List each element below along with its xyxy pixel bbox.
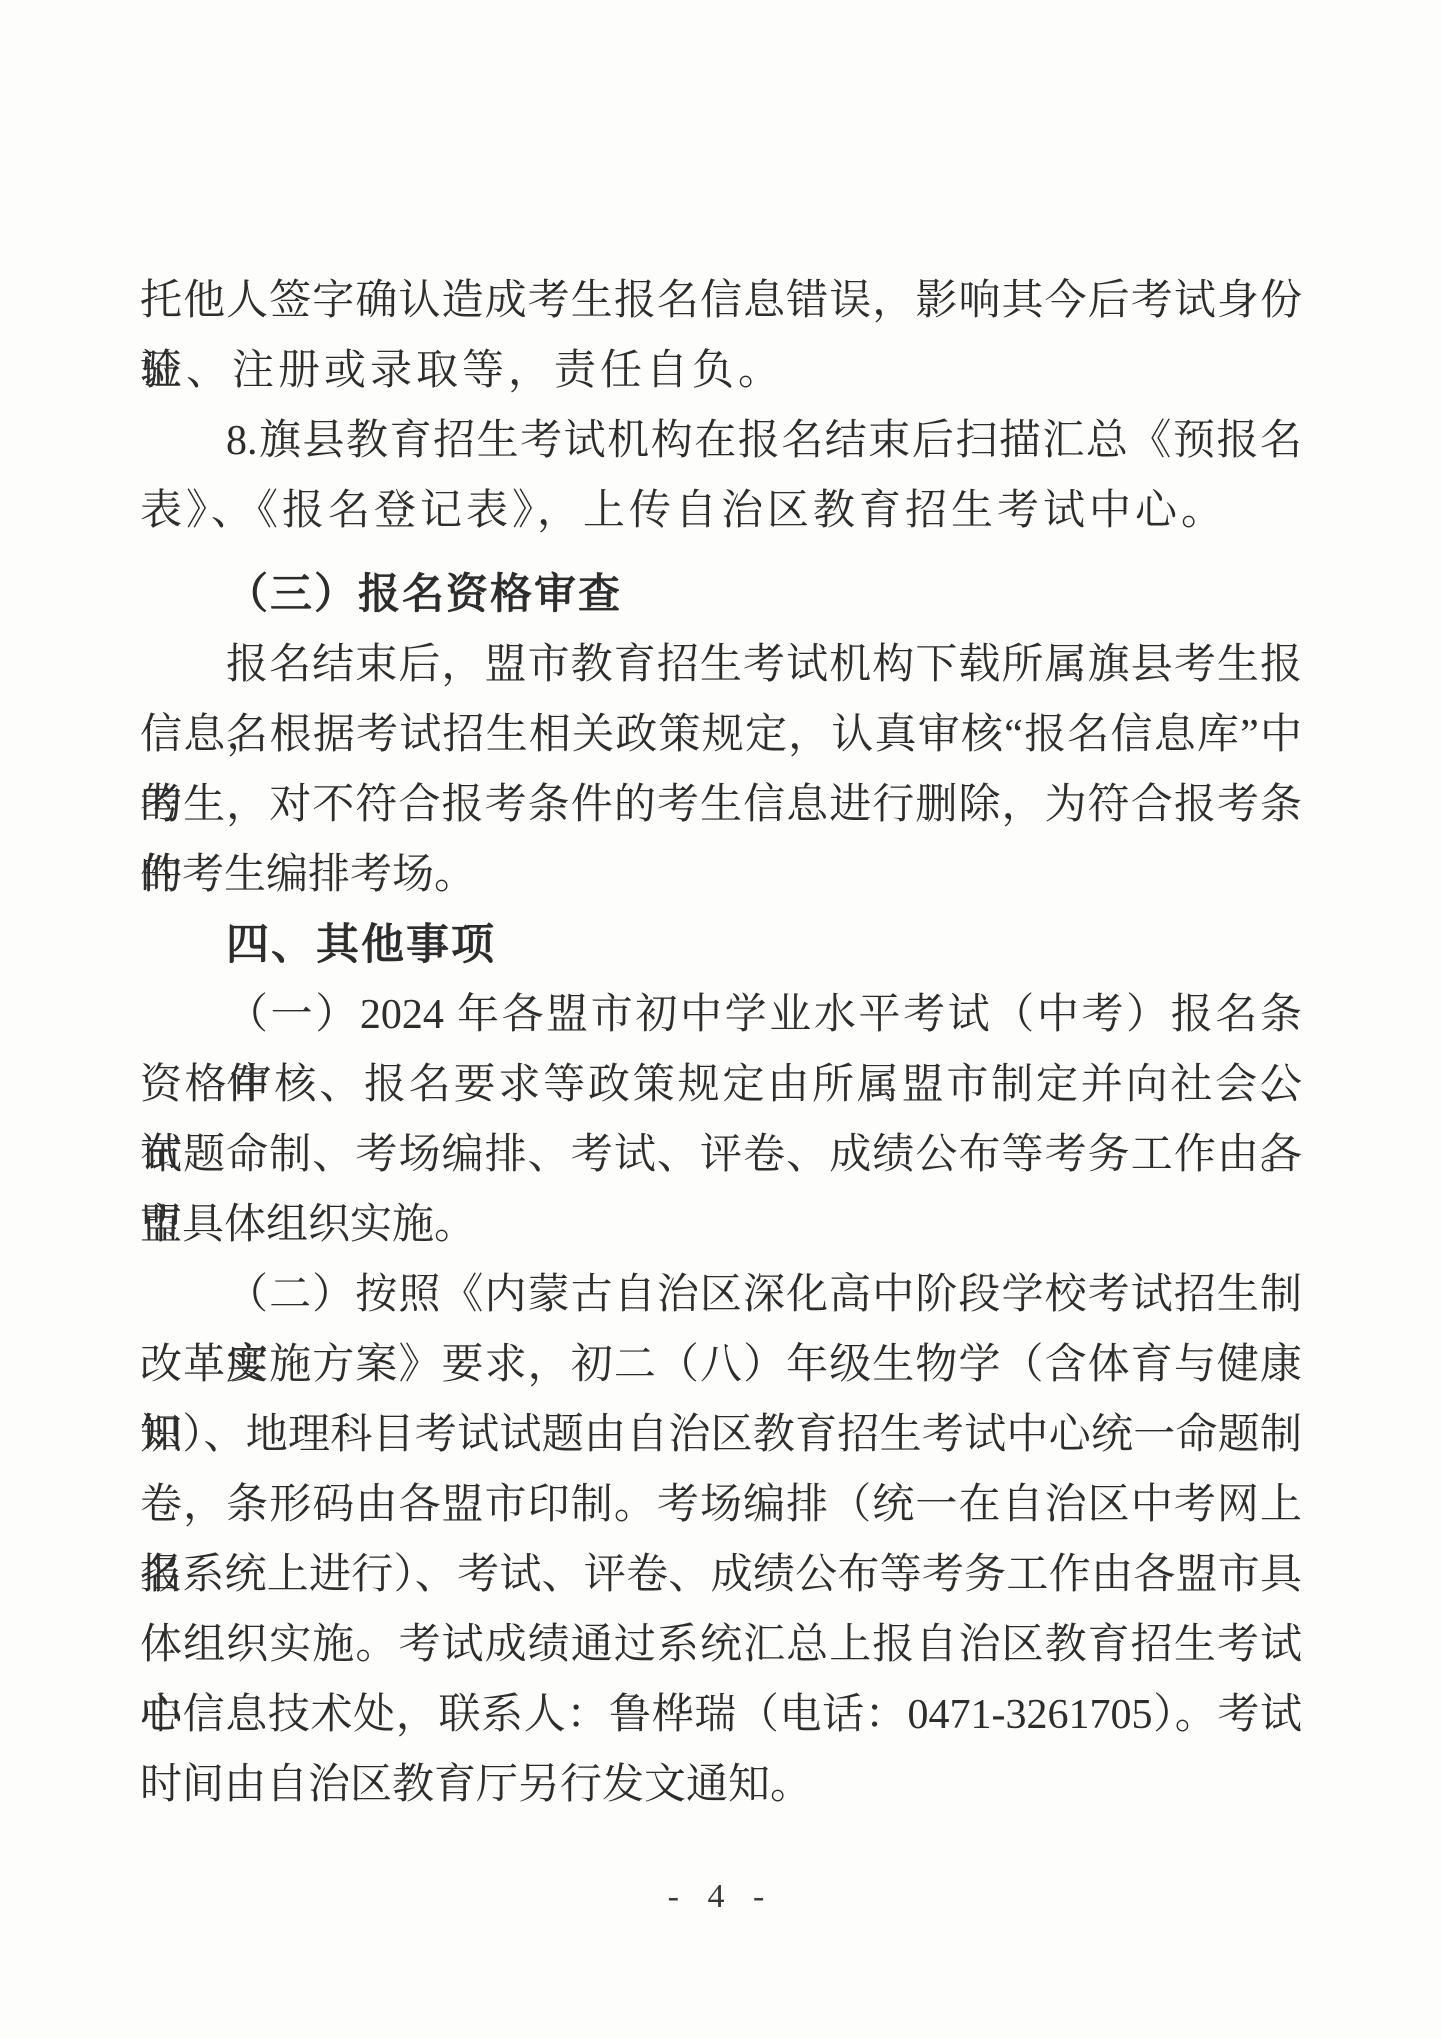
- page-number: - 4 -: [0, 1878, 1442, 1916]
- subsection-heading: （三）报名资格审查: [140, 560, 1302, 630]
- text-line: 心信息技术处，联系人：鲁桦瑞（电话：0471-3261705）。考试: [140, 1680, 1302, 1750]
- text-line: 市具体组织实施。: [140, 1190, 1302, 1260]
- text-line: 表》、《报名登记表》，上传自治区教育招生考试中心。: [140, 476, 1302, 546]
- text-line: 考生，对不符合报考条件的考生信息进行删除，为符合报考条件: [140, 770, 1302, 840]
- section-heading: 四、其他事项: [140, 910, 1302, 980]
- text-line: （二）按照《内蒙古自治区深化高中阶段学校考试招生制度: [140, 1260, 1302, 1330]
- text-line: （一）2024 年各盟市初中学业水平考试（中考）报名条件、: [140, 980, 1302, 1050]
- text-line: 资格审核、报名要求等政策规定由所属盟市制定并向社会公布。: [140, 1050, 1302, 1120]
- text-line: 识）、地理科目考试试题由自治区教育招生考试中心统一命题制: [140, 1400, 1302, 1470]
- text-line: 名系统上进行）、考试、评卷、成绩公布等考务工作由各盟市具: [140, 1540, 1302, 1610]
- document-page: 托他人签字确认造成考生报名信息错误，影响其今后考试身份验证、注册或录取等，责任自…: [0, 0, 1442, 2039]
- text-line: 的考生编排考场。: [140, 840, 1302, 910]
- text-line: 托他人签字确认造成考生报名信息错误，影响其今后考试身份验: [140, 266, 1302, 336]
- text-line: 体组织实施。考试成绩通过系统汇总上报自治区教育招生考试中: [140, 1610, 1302, 1680]
- text-line: 证、注册或录取等，责任自负。: [140, 336, 1302, 406]
- text-line: 时间由自治区教育厅另行发文通知。: [140, 1750, 1302, 1820]
- text-line: 8.旗县教育招生考试机构在报名结束后扫描汇总《预报名: [140, 406, 1302, 476]
- text-line: 信息，根据考试招生相关政策规定，认真审核“报名信息库”中的: [140, 700, 1302, 770]
- document-body: 托他人签字确认造成考生报名信息错误，影响其今后考试身份验证、注册或录取等，责任自…: [140, 266, 1302, 1820]
- text-line: 报名结束后，盟市教育招生考试机构下载所属旗县考生报名: [140, 630, 1302, 700]
- text-line: 试题命制、考场编排、考试、评卷、成绩公布等考务工作由各盟: [140, 1120, 1302, 1190]
- text-line: 卷，条形码由各盟市印制。考场编排（统一在自治区中考网上报: [140, 1470, 1302, 1540]
- text-line: 改革实施方案》要求，初二（八）年级生物学（含体育与健康知: [140, 1330, 1302, 1400]
